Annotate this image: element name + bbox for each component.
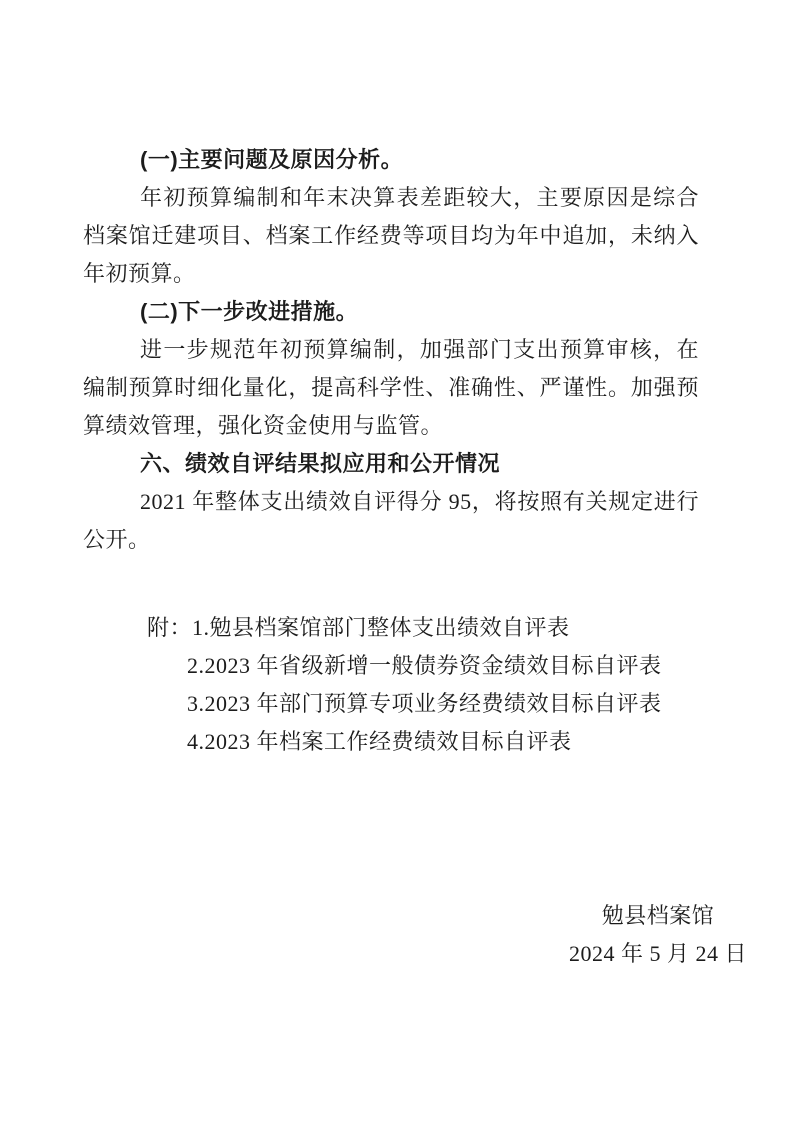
section-heading-results-publication: 六、绩效自评结果拟应用和公开情况 [83,445,699,483]
document-content: (一)主要问题及原因分析。 年初预算编制和年末决算表差距较大，主要原因是综合档案… [83,141,699,973]
paragraph-results-publication: 2021 年整体支出绩效自评得分 95，将按照有关规定进行公开。 [83,483,699,559]
attachments-label-spacer [147,647,187,685]
section-heading-problems-analysis: (一)主要问题及原因分析。 [83,141,699,179]
attachment-item-1: 1.勉县档案馆部门整体支出绩效自评表 [192,609,699,647]
attachment-item-2: 2.2023 年省级新增一般债券资金绩效目标自评表 [187,647,699,685]
attachment-row: 4.2023 年档案工作经费绩效目标自评表 [147,723,699,761]
attachment-row: 3.2023 年部门预算专项业务经费绩效目标自评表 [147,685,699,723]
attachments-label: 附： [147,609,192,647]
section-heading-improvement-measures: (二)下一步改进措施。 [83,293,699,331]
attachment-item-3: 3.2023 年部门预算专项业务经费绩效目标自评表 [187,685,699,723]
signature-block: 勉县档案馆 2024 年 5 月 24 日 [538,897,778,973]
attachments-label-spacer [147,685,187,723]
signature-date: 2024 年 5 月 24 日 [538,935,778,973]
signature-organization: 勉县档案馆 [538,897,778,935]
attachments-block: 附： 1.勉县档案馆部门整体支出绩效自评表 2.2023 年省级新增一般债券资金… [83,609,699,761]
attachments-label-spacer [147,723,187,761]
attachment-item-4: 4.2023 年档案工作经费绩效目标自评表 [187,723,699,761]
paragraph-improvement-measures: 进一步规范年初预算编制，加强部门支出预算审核，在编制预算时细化量化，提高科学性、… [83,331,699,445]
attachment-row: 2.2023 年省级新增一般债券资金绩效目标自评表 [147,647,699,685]
paragraph-problems-analysis: 年初预算编制和年末决算表差距较大，主要原因是综合档案馆迁建项目、档案工作经费等项… [83,179,699,293]
attachment-row: 附： 1.勉县档案馆部门整体支出绩效自评表 [147,609,699,647]
document-page: (一)主要问题及原因分析。 年初预算编制和年末决算表差距较大，主要原因是综合档案… [0,0,793,1122]
